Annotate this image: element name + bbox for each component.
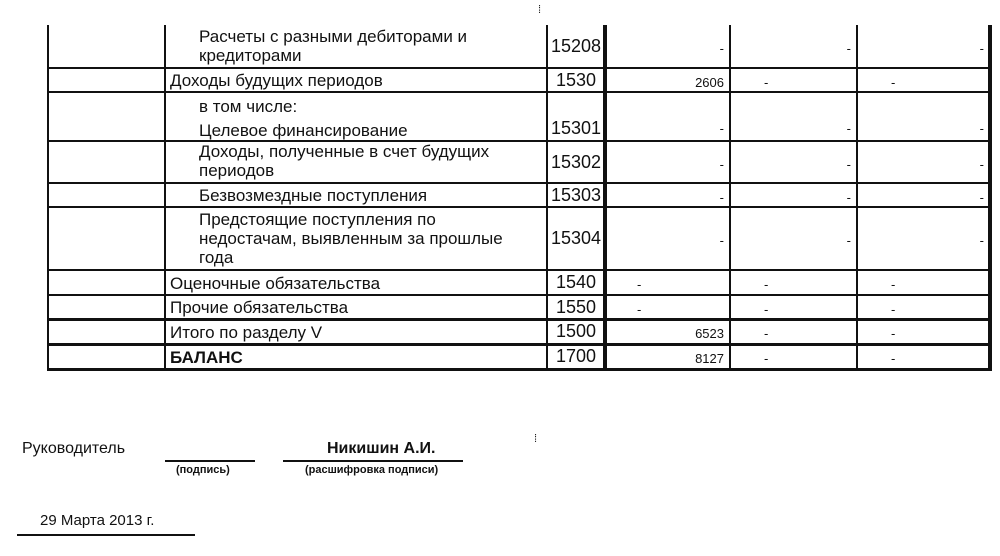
row-value-2: - bbox=[732, 275, 857, 294]
row-code: 15208 bbox=[547, 37, 605, 56]
row-code: 1530 bbox=[547, 71, 605, 90]
row-label: в том числе:Целевое финансирование bbox=[166, 95, 575, 143]
row-value-2: - bbox=[732, 324, 857, 343]
row-value-3: - bbox=[859, 39, 990, 58]
row-value-3: - bbox=[859, 275, 990, 294]
table-row-border bbox=[48, 182, 992, 184]
row-value-1: 6523 bbox=[607, 324, 730, 343]
row-label: БАЛАНС bbox=[166, 348, 546, 367]
row-label: Предстоящие поступления понедостачам, вы… bbox=[166, 210, 575, 267]
table-row-border bbox=[48, 269, 992, 271]
row-value-2: - bbox=[732, 349, 857, 368]
row-value-1: 2606 bbox=[607, 73, 730, 92]
row-value-1: - bbox=[607, 231, 730, 250]
date-text: 29 Марта 2013 г. bbox=[40, 512, 154, 529]
name-caption: (расшифровка подписи) bbox=[305, 464, 438, 476]
row-value-1: - bbox=[607, 188, 730, 207]
row-value-3: - bbox=[859, 300, 990, 319]
row-value-1: 8127 bbox=[607, 349, 730, 368]
row-label: Доходы будущих периодов bbox=[166, 71, 546, 90]
row-value-1: - bbox=[607, 155, 730, 174]
row-value-1: - bbox=[607, 300, 730, 319]
row-label: Оценочные обязательства bbox=[166, 274, 546, 293]
signature-caption: (подпись) bbox=[176, 464, 230, 476]
role-label: Руководитель bbox=[22, 440, 125, 458]
row-value-2: - bbox=[732, 231, 857, 250]
row-value-2: - bbox=[732, 300, 857, 319]
row-code: 1540 bbox=[547, 273, 605, 292]
table-row-border bbox=[48, 67, 992, 69]
row-value-3: - bbox=[859, 324, 990, 343]
row-value-2: - bbox=[732, 155, 857, 174]
row-value-1: - bbox=[607, 39, 730, 58]
date-line bbox=[17, 534, 195, 536]
scan-mark: ⁞ bbox=[538, 4, 541, 16]
row-code: 15302 bbox=[547, 153, 605, 172]
row-code: 1700 bbox=[547, 347, 605, 366]
scan-mark: ⁞ bbox=[534, 433, 537, 445]
row-value-1: - bbox=[607, 275, 730, 294]
row-code: 15301 bbox=[547, 119, 605, 138]
row-value-3: - bbox=[859, 119, 990, 138]
row-code: 15304 bbox=[547, 229, 605, 248]
table-row-border bbox=[48, 343, 992, 346]
name-line bbox=[283, 460, 463, 462]
row-value-3: - bbox=[859, 349, 990, 368]
row-value-3: - bbox=[859, 73, 990, 92]
row-value-2: - bbox=[732, 73, 857, 92]
signature-line bbox=[165, 460, 255, 462]
row-value-2: - bbox=[732, 119, 857, 138]
row-value-3: - bbox=[859, 188, 990, 207]
row-label: Расчеты с разными дебиторами икредиторам… bbox=[166, 27, 575, 65]
row-label: Безвозмездные поступления bbox=[166, 186, 575, 205]
row-value-1: - bbox=[607, 119, 730, 138]
row-label: Прочие обязательства bbox=[166, 298, 546, 317]
row-value-3: - bbox=[859, 231, 990, 250]
table-row-border bbox=[48, 294, 992, 296]
row-value-2: - bbox=[732, 188, 857, 207]
row-code: 1500 bbox=[547, 322, 605, 341]
balance-sheet-table: Расчеты с разными дебиторами икредиторам… bbox=[0, 0, 1000, 556]
row-label: Доходы, полученные в счет будущихпериодо… bbox=[166, 142, 575, 180]
row-code: 15303 bbox=[547, 186, 605, 205]
signer-name: Никишин А.И. bbox=[327, 440, 435, 458]
row-code: 1550 bbox=[547, 298, 605, 317]
row-label: Итого по разделу V bbox=[166, 323, 546, 342]
row-value-3: - bbox=[859, 155, 990, 174]
table-row-border bbox=[48, 368, 992, 371]
row-value-2: - bbox=[732, 39, 857, 58]
